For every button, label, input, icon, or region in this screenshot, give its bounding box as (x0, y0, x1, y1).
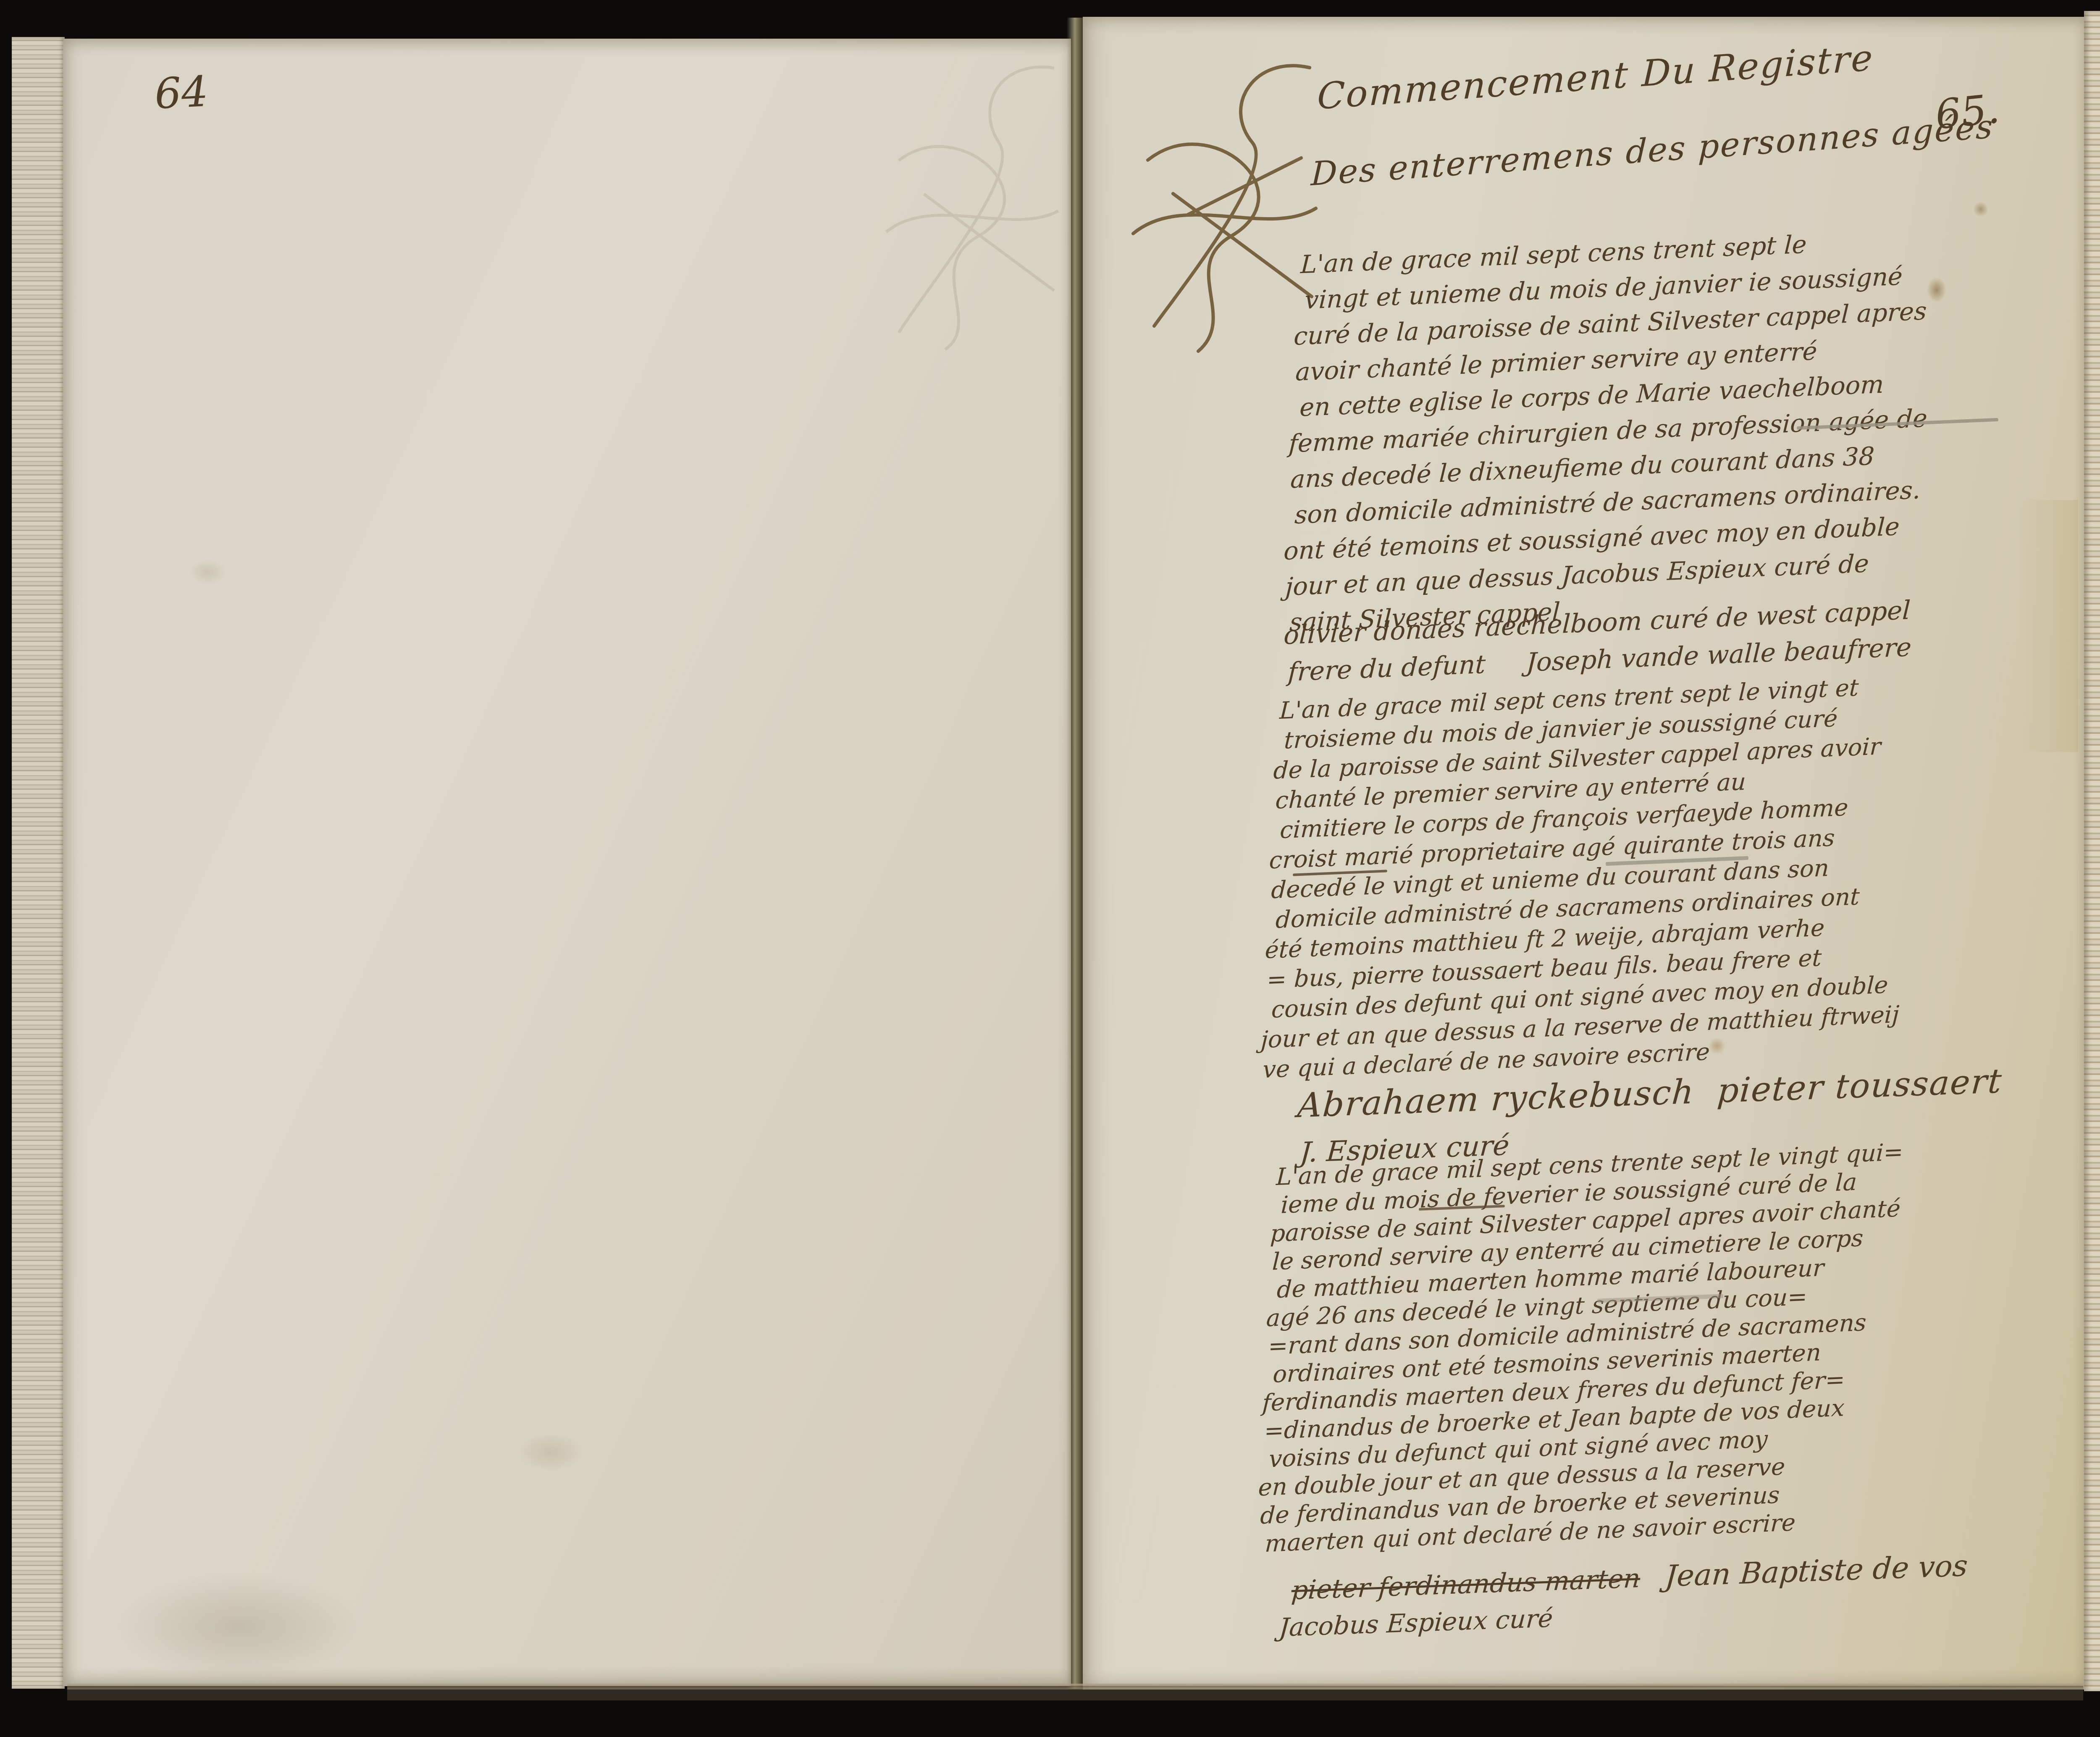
right-page-edges (2084, 11, 2100, 1691)
page-curl-shadow (113, 1572, 365, 1681)
paper-stain (189, 560, 227, 585)
entry-3-witness-signatures: pieter ferdinandus marten Jean Baptiste … (1290, 1548, 1969, 1606)
register-scan-photo: 64 Commencement Du Regis (0, 0, 2100, 1737)
paper-stain (517, 1433, 584, 1471)
right-page: Commencement Du Registre Des enterremens… (1083, 17, 2086, 1690)
entry-3-cure-signature: Jacobus Espieux curé (1278, 1603, 1554, 1642)
bottom-page-edges (67, 1684, 2083, 1700)
left-page-number: 64 (153, 67, 209, 118)
burial-entry-2: L'an de grace mil sept cens trent sept l… (1262, 667, 2086, 1088)
edge-yellowing (2019, 500, 2078, 752)
signature-gap (1639, 1562, 1666, 1593)
struck-signature: pieter ferdinandus marten (1290, 1563, 1641, 1606)
calligraphic-flourish-icon (1125, 53, 1322, 360)
register-heading-line1: Commencement Du Registre (1316, 37, 1874, 118)
ink-offset-flourish-icon (874, 55, 1071, 358)
right-page-number: 65. (1933, 85, 2002, 138)
foxing-spot (1709, 1038, 1725, 1054)
register-heading-line2: Des enterremens des personnes agées (1310, 108, 1995, 193)
burial-entry-1: L'an de grace mil sept cens trent sept l… (1283, 220, 2099, 646)
ink-blot (1927, 277, 1946, 302)
burial-entry-3: L'an de grace mil sept cens trente sept … (1258, 1133, 2087, 1561)
left-page-edges (12, 37, 65, 1689)
left-page: 64 (63, 39, 1071, 1686)
witness-signature: Jean Baptiste de vos (1664, 1548, 1969, 1593)
ink-blot (1973, 202, 1988, 217)
